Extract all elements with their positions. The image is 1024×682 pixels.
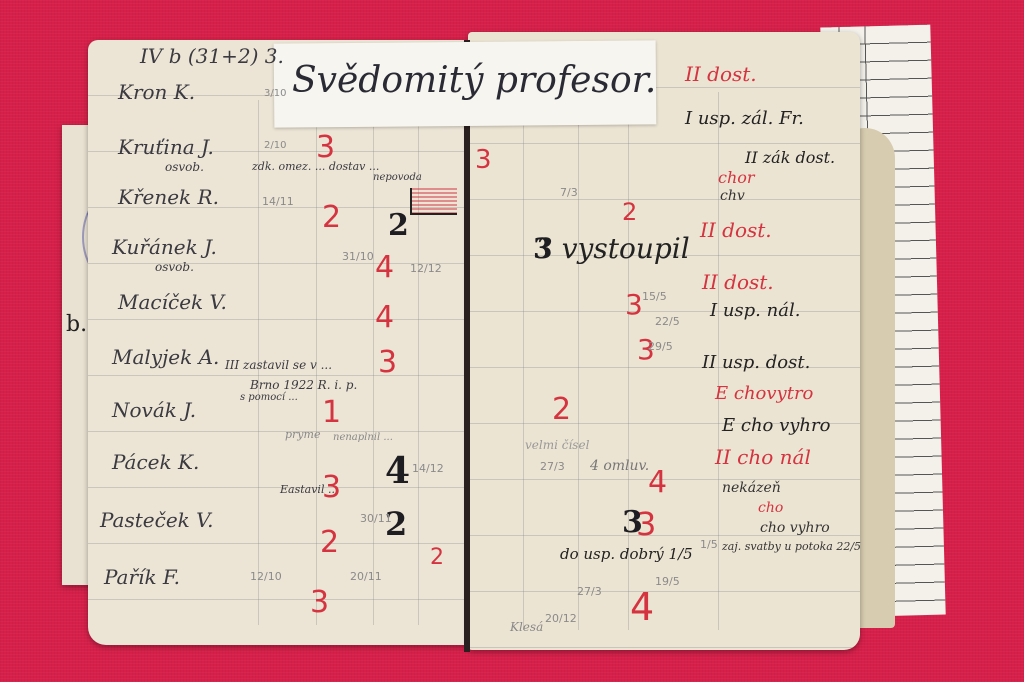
student-name: Pasteček V.	[100, 508, 213, 532]
note: pryme	[285, 428, 320, 441]
pencil-fraction: 20/12	[545, 612, 577, 625]
student-name: Pácek K.	[112, 450, 199, 474]
pencil-fraction: 1/5	[700, 538, 718, 551]
pencil-fraction: 12/10	[250, 570, 282, 583]
red-grade: 3	[316, 130, 335, 165]
ink-grade: 3	[622, 505, 643, 540]
student-name: Křenek R.	[118, 185, 219, 209]
red-grade: 3	[475, 145, 492, 175]
remark: 4 omluv.	[590, 458, 649, 474]
pencil-fraction: 27/3	[577, 585, 602, 598]
student-name: Kruťina J.	[118, 135, 214, 159]
pencil-fraction: 19/5	[655, 575, 680, 588]
pencil-fraction: 20/11	[350, 570, 382, 583]
red-grade: 3	[625, 288, 643, 321]
remark: II usp. dost.	[702, 352, 810, 373]
spine	[464, 40, 470, 652]
pencil-fraction: 12/12	[410, 262, 442, 275]
remark: II dost.	[700, 218, 772, 242]
red-grade: 3	[322, 470, 341, 505]
note: s pomocí ...	[240, 392, 298, 403]
side-letter: b.	[66, 312, 87, 337]
pencil-fraction: 14/12	[412, 462, 444, 475]
red-grade: 4	[648, 465, 667, 500]
red-grade: 2	[552, 392, 571, 427]
pencil-fraction: 29/5	[648, 340, 673, 353]
remark: E chovytro	[715, 383, 813, 404]
note: III zastavil se v ...	[225, 358, 332, 372]
pencil-fraction: 15/5	[642, 290, 667, 303]
red-grade: 3	[310, 585, 329, 620]
remark: velmi čísel	[525, 438, 589, 452]
student-name: Pařík F.	[104, 565, 180, 589]
pencil-fraction: 14/11	[262, 195, 294, 208]
pencil-fraction: 30/11	[360, 512, 392, 525]
red-grade: 2	[322, 200, 341, 235]
red-grade: 4	[375, 250, 394, 285]
remark: I usp. zál. Fr.	[685, 108, 804, 129]
red-grade: 4	[375, 300, 394, 335]
student-name: Malyjek A.	[112, 345, 219, 369]
red-grade: 4	[630, 585, 654, 629]
remark: II cho nál	[715, 445, 811, 469]
remark: nekázeň	[722, 480, 781, 496]
label-title: Svědomitý profesor.	[292, 60, 656, 101]
remark: cho	[758, 500, 783, 516]
pencil-fraction: 22/5	[655, 315, 680, 328]
left-page	[88, 40, 468, 645]
ink-grade: 4	[385, 450, 410, 492]
note: nepovoda	[373, 172, 422, 183]
remark: E cho vyhro	[722, 415, 830, 436]
red-grade: 2	[622, 198, 637, 226]
remark: II dost.	[685, 62, 757, 86]
student-name: Kuřánek J.	[112, 235, 217, 259]
ink-grade: 3	[533, 232, 552, 265]
class-header: IV b (31+2) 3.	[140, 44, 284, 68]
student-name: Kron K.	[118, 80, 195, 104]
student-name: Novák J.	[112, 398, 196, 422]
student-note: osvob.	[165, 160, 204, 174]
student-name: Macíček V.	[118, 290, 227, 314]
remark: zaj. svatby u potoka 22/5	[722, 540, 861, 553]
pencil-fraction: 3/10	[264, 88, 286, 99]
remark: II zák dost.	[745, 148, 835, 167]
ink-grade: 2	[388, 208, 409, 243]
red-grade: 2	[430, 545, 444, 570]
note: Brno 1922 R. i. p.	[250, 378, 357, 392]
red-grade: 2	[320, 525, 339, 560]
red-grade: 1	[322, 395, 341, 430]
remark: I usp. nál.	[710, 300, 800, 321]
remark: cho vyhro	[760, 520, 830, 536]
remark: II dost.	[702, 270, 774, 294]
remark: do usp. dobrý 1/5	[560, 545, 693, 563]
pencil-fraction: 7/3	[560, 186, 578, 199]
remark: Klesá	[510, 620, 543, 634]
student-note: osvob.	[155, 260, 194, 274]
red-box-mark	[410, 188, 457, 215]
remark: 3 vystoupil	[535, 232, 690, 265]
note: nenaplnil ...	[333, 432, 393, 443]
remark: chv	[720, 188, 745, 204]
red-grade: 3	[378, 345, 397, 380]
remark: chor	[718, 168, 755, 187]
pencil-fraction: 31/10	[342, 250, 374, 263]
pencil-fraction: 2/10	[264, 140, 286, 151]
pencil-fraction: 27/3	[540, 460, 565, 473]
